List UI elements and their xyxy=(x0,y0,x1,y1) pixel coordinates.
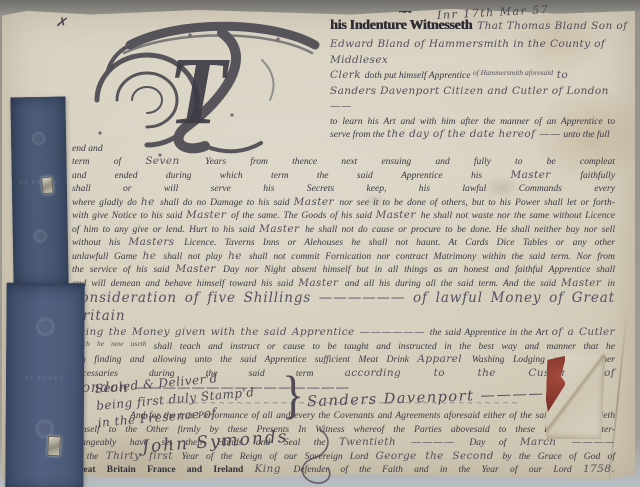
deed-text-segment: and all his during all the said term. An… xyxy=(345,278,561,289)
deed-text-segment: nor see it to be done of others, but to … xyxy=(339,197,615,208)
deed-text-segment: Licence. Taverns Inns or Alehouses he sh… xyxy=(184,237,615,248)
deed-line: term of Seven Years from thence next ens… xyxy=(72,154,615,168)
deed-line: which he now useth shall teach and instr… xyxy=(72,339,615,353)
deed-line: and will demean and behave himself towar… xyxy=(72,276,615,290)
deed-text-segment: he xyxy=(143,250,164,262)
deed-text-segment: King xyxy=(255,463,294,475)
deed-line: being the Money given with the said Appr… xyxy=(72,325,615,339)
signature-flourish-icon xyxy=(290,428,338,487)
deed-text-segment: by the Grace of God of xyxy=(503,451,616,462)
duty-stamp-upper: VI PENCE xyxy=(10,97,68,286)
deed-text-segment: faithfully xyxy=(580,170,615,181)
deed-text-segment: shall teach and instruct or cause to be … xyxy=(154,341,615,352)
deed-text-segment: Master xyxy=(298,277,345,289)
duty-stamp-lower: VI PENCE xyxy=(5,283,84,487)
deed-text-segment: in xyxy=(608,278,615,289)
deed-text-segment: he shall not waste nor the same without … xyxy=(421,210,615,221)
heading-continuation: That Thomas Bland Son of xyxy=(477,20,627,32)
deed-text-segment: Twentieth ———— xyxy=(339,436,469,448)
deed-text-segment: Master xyxy=(259,223,305,235)
deed-text-segment: serve from the xyxy=(330,129,387,140)
deed-text-segment: he xyxy=(141,196,160,208)
deed-text-segment: Master xyxy=(294,196,340,208)
deed-text-segment: Day nor Night absent himself but in all … xyxy=(223,264,615,275)
deed-text-segment: to xyxy=(553,69,568,81)
deed-text-segment: and will demean and behave himself towar… xyxy=(72,278,298,289)
deed-text-segment: Great Britain France and Ireland xyxy=(72,465,255,475)
deed-text-segment: Masters xyxy=(128,236,184,248)
ornate-initial: T xyxy=(72,15,330,133)
deed-line: shall or will serve his Secrets keep, hi… xyxy=(72,181,615,195)
deed-line: with give Notice to his said Master of t… xyxy=(72,208,615,222)
deed-line: of him to any give or lend. Hurt to his … xyxy=(72,222,615,236)
deed-text-segment: to learn his Art and with him after the … xyxy=(330,116,615,127)
deed-line: Great Britain France and Ireland King De… xyxy=(72,462,615,477)
deed-text-segment: Seven xyxy=(145,155,205,167)
deed-text-segment: Master xyxy=(186,209,231,221)
deed-line: consideration of five Shillings —————— o… xyxy=(72,289,615,325)
deed-text-segment: Master xyxy=(510,169,580,181)
deed-text-segment: Sanders Davenport Citizen and Cutler of … xyxy=(330,85,609,113)
deed-text-segment: Apparel xyxy=(417,353,471,365)
deed-text-segment: the service of his said xyxy=(72,264,175,275)
deed-text-segment: and ended during which term the said App… xyxy=(72,170,510,181)
deed-text-segment: he xyxy=(228,250,249,262)
deed-text-segment: term of xyxy=(72,156,145,167)
deed-text-segment: Clerk xyxy=(330,69,365,81)
deed-text-segment: Master xyxy=(376,209,421,221)
deed-text-segment: Master xyxy=(175,263,223,275)
wax-seal xyxy=(544,351,605,441)
foil-chip xyxy=(41,176,53,194)
deed-text-segment: of Hammersmith aforesaid xyxy=(473,68,553,77)
deed-text-segment: shall not play xyxy=(163,251,228,262)
deed-text-segment: he shall not do cause or procure to be d… xyxy=(305,224,615,235)
foil-chip xyxy=(47,436,61,457)
deed-text-segment: unlawfull Game xyxy=(72,251,143,262)
deed-text-segment: Edward Bland of Hammersmith in the Count… xyxy=(330,38,605,66)
deed-text-segment: of a Cutler xyxy=(552,326,615,338)
deed-text-segment: where gladly do xyxy=(72,197,141,208)
deed-text-segment: Master xyxy=(561,277,608,289)
deed-text-segment: can finding and allowing unto the said A… xyxy=(72,354,417,365)
deed-text-segment: with give Notice to his said xyxy=(72,210,186,221)
document-photo: T his Indenture WitnessethThat Thomas Bl… xyxy=(0,0,640,487)
deed-line: can finding and allowing unto the said A… xyxy=(72,352,615,366)
deed-text-segment: the said Apprentice in the Art xyxy=(430,327,552,338)
deed-text-segment: being the Money given with the said Appr… xyxy=(72,326,430,338)
deed-text-segment: of the same. The Goods of his said xyxy=(231,210,375,221)
deed-text-segment: shall do no Damage to his said xyxy=(160,197,294,208)
deed-line: and ended during which term the said App… xyxy=(72,168,615,182)
deed-text-segment: shall not commit Fornication nor contrac… xyxy=(249,251,615,262)
cancel-scribble: ~~ xyxy=(399,4,411,20)
deed-line: unlawfull Game he shall not play he shal… xyxy=(72,249,615,263)
stamp-denomination: VI PENCE xyxy=(6,375,84,382)
initial-flourish-icon: T xyxy=(72,15,330,165)
deed-text-segment: of him to any give or lend. Hurt to his … xyxy=(72,224,259,235)
deed-text-segment: doth put himself Apprentice xyxy=(365,70,473,81)
deed-text-segment: the day of the date hereof —— xyxy=(387,128,561,140)
deed-text-segment: consideration of five Shillings —————— o… xyxy=(72,290,615,324)
attestation-brace: } xyxy=(282,364,304,425)
deed-text-segment: shall or will serve his Secrets keep, hi… xyxy=(72,183,615,194)
deed-text-segment: Day of xyxy=(469,437,520,448)
stamp-denomination: VI PENCE xyxy=(12,179,67,186)
drop-cap: T xyxy=(168,37,230,144)
deed-text-segment: George the Second xyxy=(376,450,503,462)
deed-line: where gladly do he shall do no Damage to… xyxy=(72,195,615,209)
deed-text-segment: Years from thence next ensuing and fully… xyxy=(205,156,615,167)
deed-line: the service of his said Master Day nor N… xyxy=(72,262,615,276)
deed-text-segment: without his xyxy=(72,237,128,248)
deed-line: without his Masters Licence. Taverns Inn… xyxy=(72,235,615,249)
